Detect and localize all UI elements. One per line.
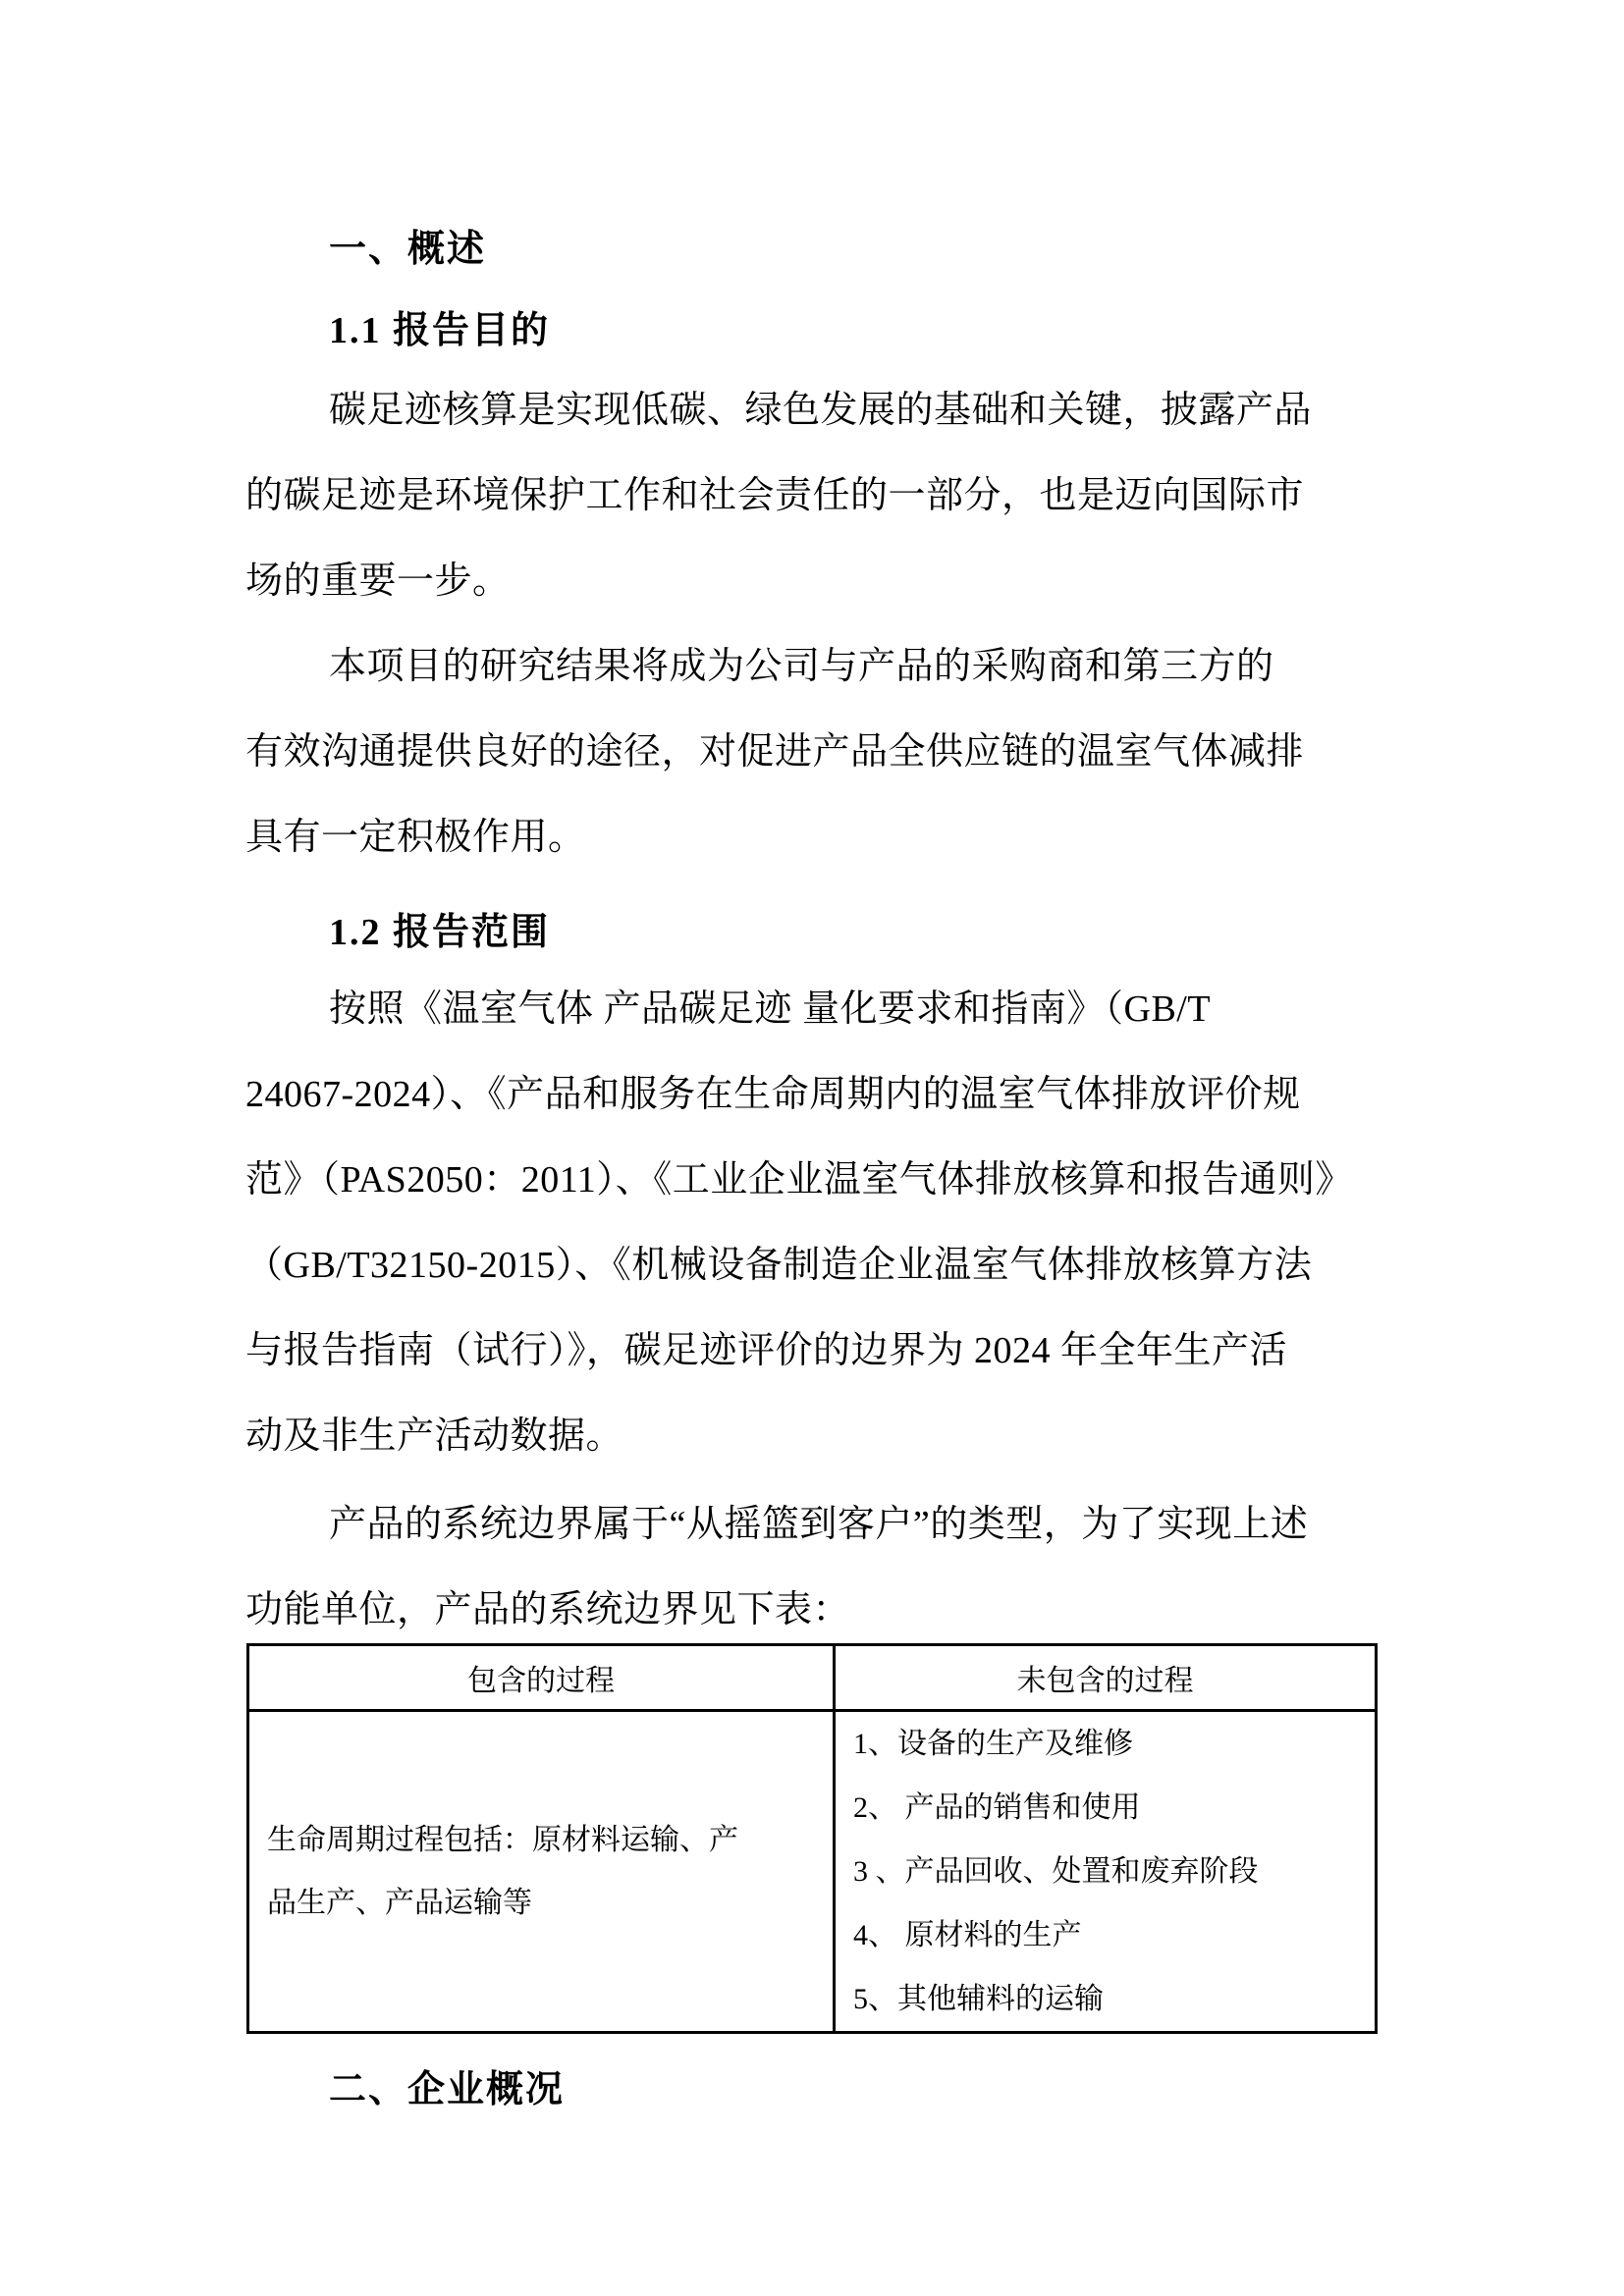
text-line: 生命周期过程包括：原材料运输、产 <box>267 1809 833 1872</box>
table-cell-excluded: 1、设备的生产及维修 2、 产品的销售和使用 3 、产品回收、处置和废弃阶段 4… <box>835 1711 1377 2033</box>
excluded-item: 1、设备的生产及维修 <box>853 1712 1375 1776</box>
table-header-included: 包含的过程 <box>248 1645 835 1711</box>
excluded-item: 4、 原材料的生产 <box>853 1903 1375 1967</box>
text-line: 本项目的研究结果将成为公司与产品的采购商和第三方的 <box>245 624 1384 710</box>
subsection-heading-scope: 1.2 报告范围 <box>329 901 550 955</box>
section-heading-overview: 一、概述 <box>329 218 486 272</box>
text-line: 品生产、产品运输等 <box>267 1872 833 1935</box>
table-row: 生命周期过程包括：原材料运输、产 品生产、产品运输等 1、设备的生产及维修 2、… <box>248 1711 1377 2033</box>
text-line: 与报告指南（试行）》，碳足迹评价的边界为 2024 年全年生产活 <box>162 1308 1384 1394</box>
subsection-heading-purpose: 1.1 报告目的 <box>329 299 550 353</box>
excluded-item: 2、 产品的销售和使用 <box>853 1776 1375 1840</box>
excluded-item: 3 、产品回收、处置和废弃阶段 <box>853 1840 1375 1903</box>
text-line: 功能单位，产品的系统边界见下表： <box>162 1568 1384 1653</box>
paragraph-purpose-1: 碳足迹核算是实现低碳、绿色发展的基础和关键，披露产品 的碳足迹是环境保护工作和社… <box>245 368 1384 624</box>
section-heading-company: 二、企业概况 <box>329 2058 565 2112</box>
table-header-excluded: 未包含的过程 <box>835 1645 1377 1711</box>
text-line: 24067-2024）、《产品和服务在生命周期内的温室气体排放评价规 <box>162 1052 1384 1138</box>
paragraph-scope-2: 产品的系统边界属于“从摇篮到客户”的类型，为了实现上述 功能单位，产品的系统边界… <box>245 1482 1384 1653</box>
paragraph-scope-1: 按照《温室气体 产品碳足迹 量化要求和指南》（GB/T 24067-2024）、… <box>245 967 1384 1479</box>
document-page: 一、概述 1.1 报告目的 碳足迹核算是实现低碳、绿色发展的基础和关键，披露产品… <box>0 0 1624 2296</box>
table-header-row: 包含的过程 未包含的过程 <box>248 1645 1377 1711</box>
text-line: 范》（PAS2050：2011）、《工业企业温室气体排放核算和报告通则》 <box>162 1138 1384 1223</box>
text-line: 动及非生产活动数据。 <box>162 1394 1384 1479</box>
text-line: 的碳足迹是环境保护工作和社会责任的一部分，也是迈向国际市 <box>162 454 1384 539</box>
table-cell-included: 生命周期过程包括：原材料运输、产 品生产、产品运输等 <box>248 1711 835 2033</box>
text-line: 产品的系统边界属于“从摇篮到客户”的类型，为了实现上述 <box>245 1482 1384 1568</box>
text-line: 具有一定积极作用。 <box>162 795 1384 881</box>
text-line: 碳足迹核算是实现低碳、绿色发展的基础和关键，披露产品 <box>245 368 1384 454</box>
text-line: （GB/T32150-2015）、《机械设备制造企业温室气体排放核算方法 <box>162 1223 1384 1308</box>
excluded-item: 5、其他辅料的运输 <box>853 1967 1375 2031</box>
text-line: 有效沟通提供良好的途径，对促进产品全供应链的温室气体减排 <box>162 710 1384 795</box>
paragraph-purpose-2: 本项目的研究结果将成为公司与产品的采购商和第三方的 有效沟通提供良好的途径，对促… <box>245 624 1384 881</box>
text-line: 场的重要一步。 <box>162 539 1384 624</box>
system-boundary-table: 包含的过程 未包含的过程 生命周期过程包括：原材料运输、产 品生产、产品运输等 … <box>246 1643 1378 2034</box>
text-line: 按照《温室气体 产品碳足迹 量化要求和指南》（GB/T <box>245 967 1384 1052</box>
